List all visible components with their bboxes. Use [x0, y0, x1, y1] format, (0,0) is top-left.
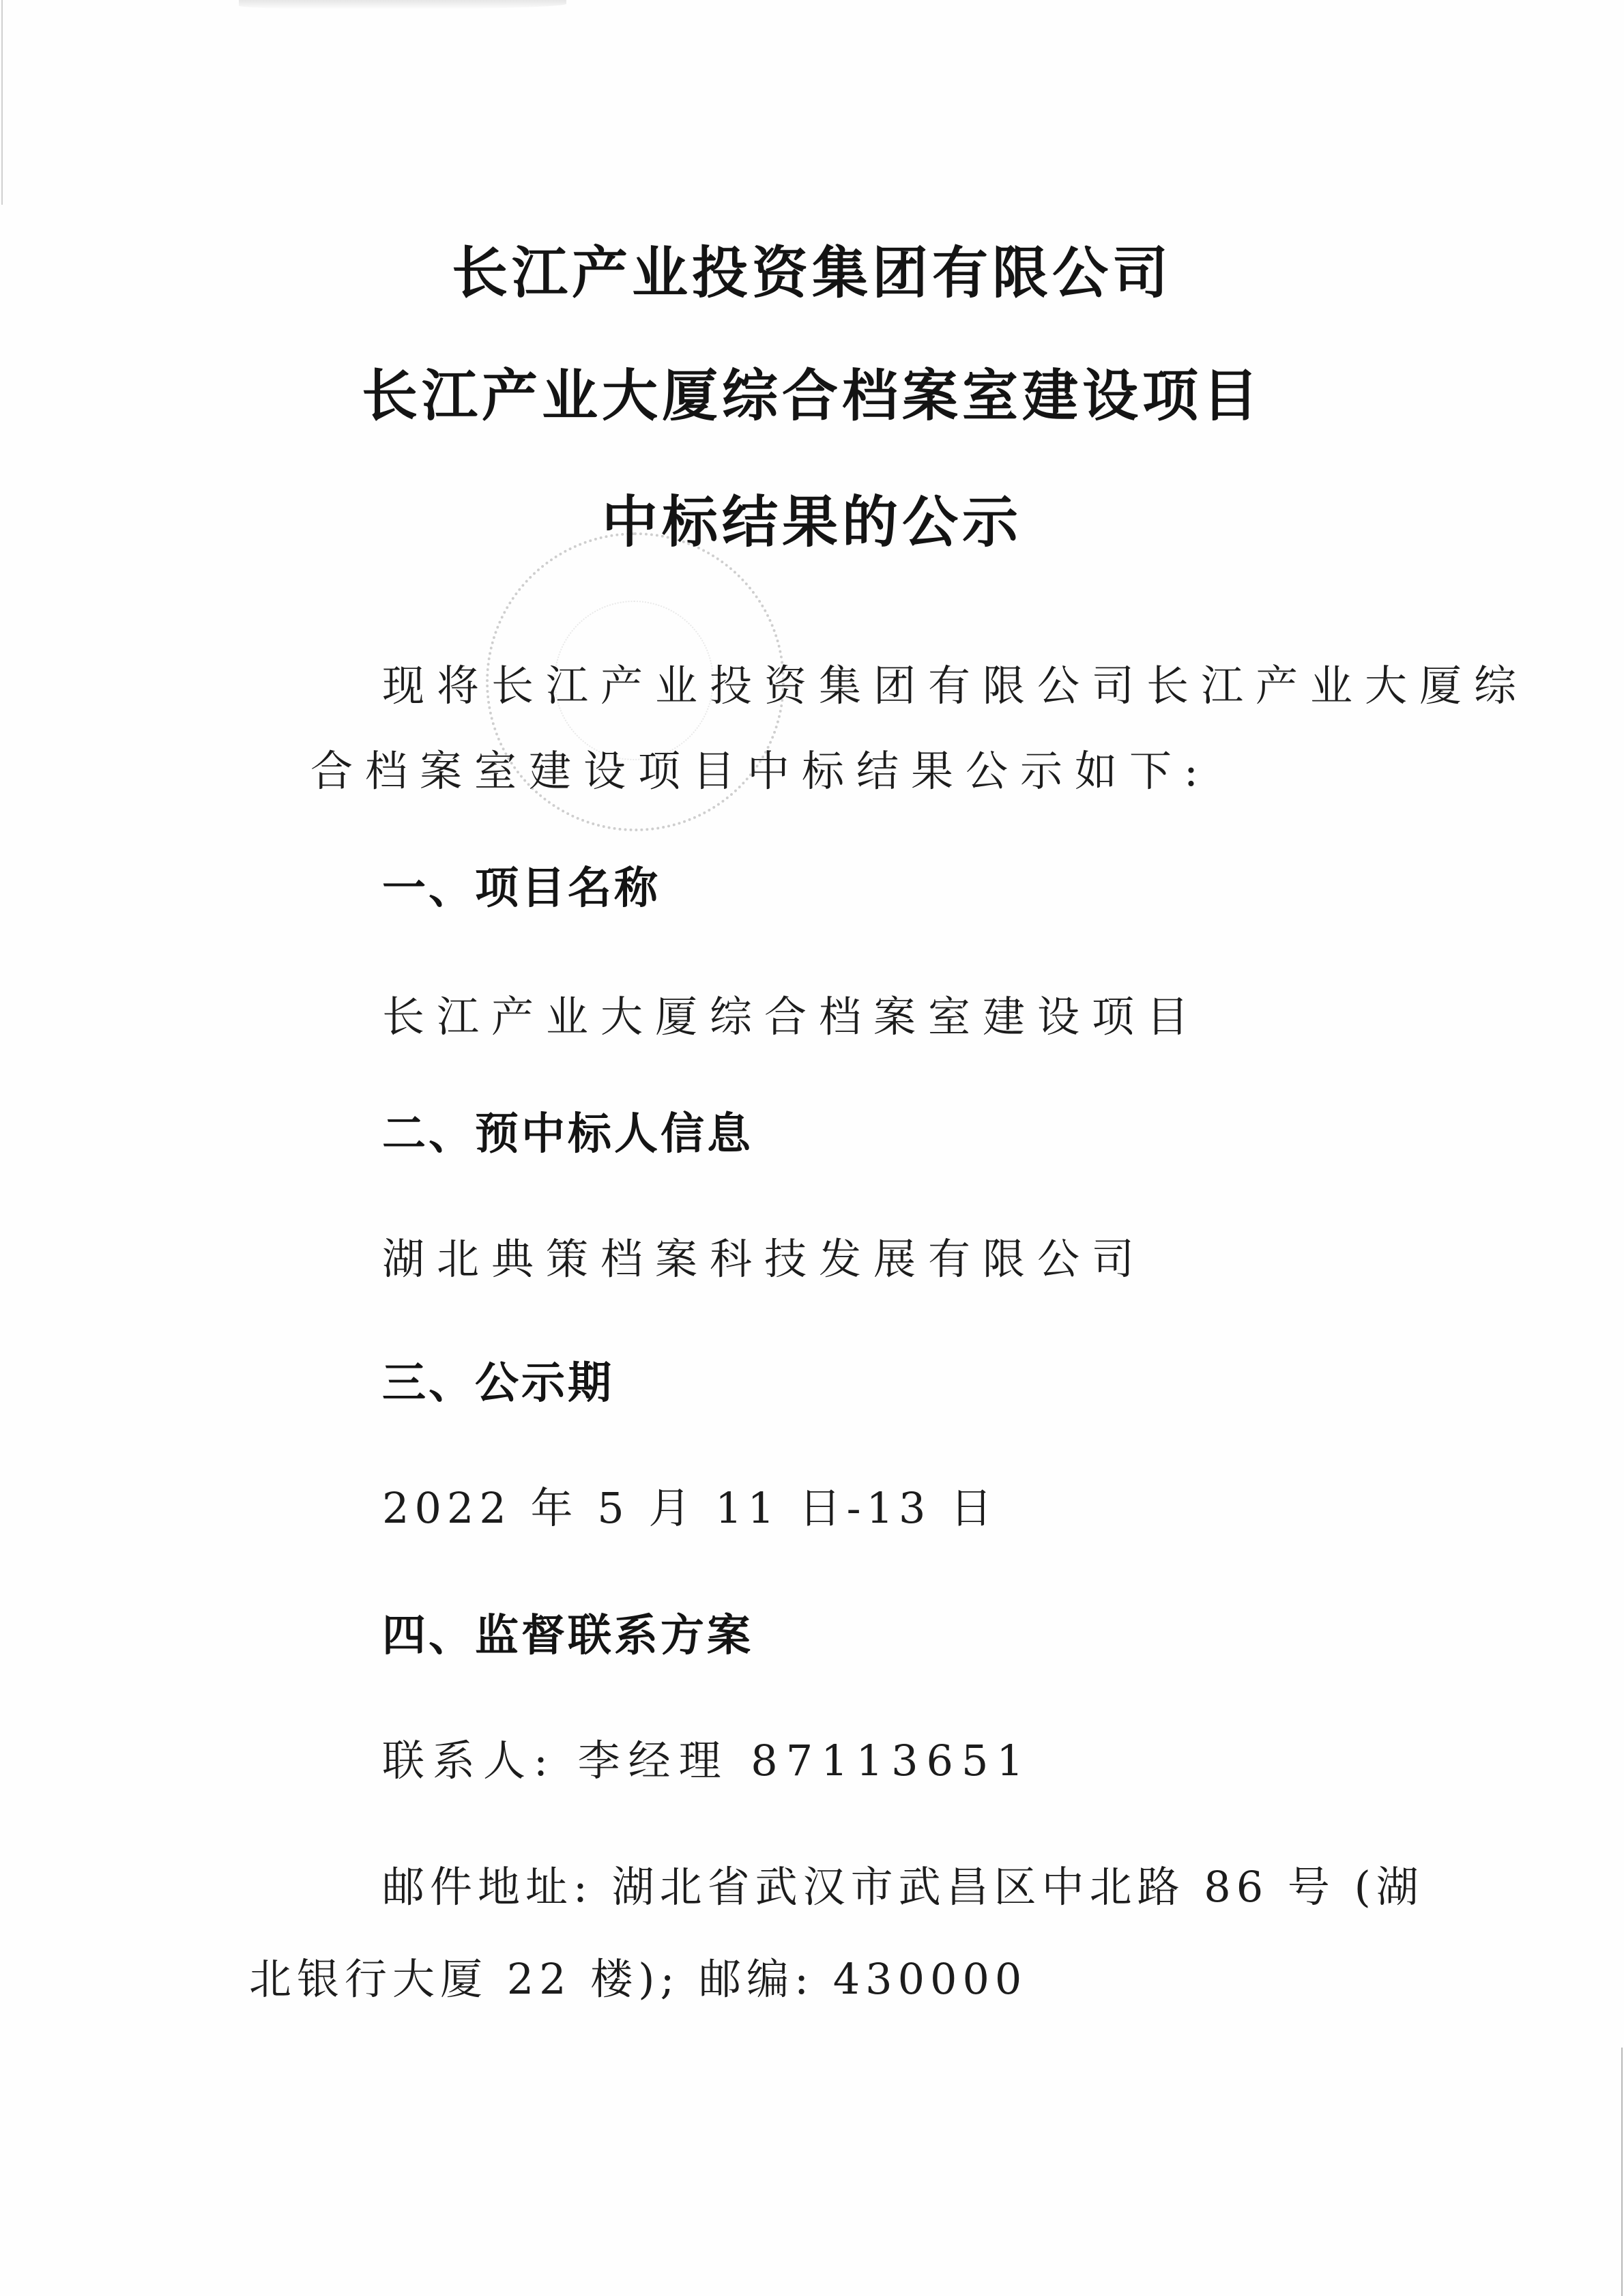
- section-heading-publicity-period: 三、公示期: [382, 1348, 614, 1411]
- section-heading-project-name: 一、项目名称: [382, 853, 661, 916]
- title-line-project: 长江产业大厦综合档案室建设项目: [0, 351, 1624, 431]
- scan-edge-left: [1, 0, 3, 205]
- publicity-period-value: 2022 年 5 月 11 日-13 日: [382, 1474, 998, 1535]
- title-line-notice: 中标结果的公示: [0, 478, 1624, 558]
- document-page: 长江产业投资集团有限公司 长江产业大厦综合档案室建设项目 中标结果的公示 现将长…: [0, 0, 1624, 2296]
- project-name-value: 长江产业大厦综合档案室建设项目: [382, 983, 1201, 1044]
- intro-line-1: 现将长江产业投资集团有限公司长江产业大厦综: [382, 652, 1528, 713]
- address-line-2: 北银行大厦 22 楼); 邮编: 430000: [249, 1945, 1027, 2006]
- intro-line-2: 合档案室建设项目中标结果公示如下:: [310, 737, 1210, 798]
- bidder-name-value: 湖北典策档案科技发展有限公司: [382, 1225, 1146, 1286]
- title-line-company: 长江产业投资集团有限公司: [0, 229, 1624, 308]
- contact-line: 联系人: 李经理 87113651: [382, 1727, 1032, 1788]
- section-heading-supervision-contact: 四、监督联系方案: [382, 1601, 753, 1663]
- address-line-1: 邮件地址: 湖北省武汉市武昌区中北路 86 号 (湖: [382, 1853, 1424, 1914]
- scan-smudge: [239, 0, 566, 10]
- scan-edge-right: [1621, 2048, 1623, 2296]
- section-heading-bidder-info: 二、预中标人信息: [382, 1099, 753, 1162]
